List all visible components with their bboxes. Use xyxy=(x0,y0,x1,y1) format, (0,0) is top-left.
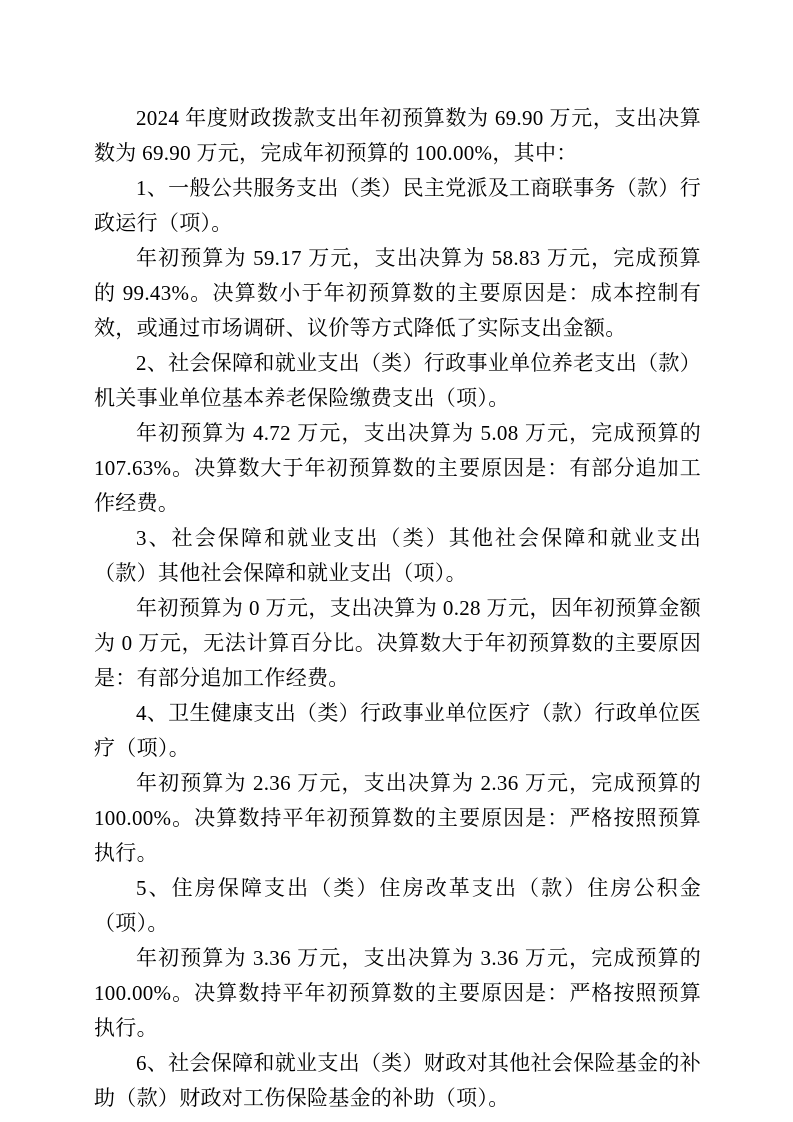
paragraph-item-4-detail: 年初预算为 2.36 万元，支出决算为 2.36 万元，完成预算的 100.00… xyxy=(94,766,701,871)
paragraph-item-2-title: 2、社会保障和就业支出（类）行政事业单位养老支出（款）机关事业单位基本养老保险缴… xyxy=(94,346,701,416)
paragraph-item-6-title: 6、社会保障和就业支出（类）财政对其他社会保险基金的补助（款）财政对工伤保险基金… xyxy=(94,1046,701,1116)
paragraph-item-1-detail: 年初预算为 59.17 万元，支出决算为 58.83 万元，完成预算的 99.4… xyxy=(94,241,701,346)
paragraph-item-5-detail: 年初预算为 3.36 万元，支出决算为 3.36 万元，完成预算的 100.00… xyxy=(94,941,701,1046)
paragraph-item-2-detail: 年初预算为 4.72 万元，支出决算为 5.08 万元，完成预算的 107.63… xyxy=(94,416,701,521)
paragraph-item-3-detail: 年初预算为 0 万元，支出决算为 0.28 万元，因年初预算金额为 0 万元，无… xyxy=(94,591,701,696)
paragraph-item-1-title: 1、一般公共服务支出（类）民主党派及工商联事务（款）行政运行（项）。 xyxy=(94,171,701,241)
paragraph-item-3-title: 3、社会保障和就业支出（类）其他社会保障和就业支出（款）其他社会保障和就业支出（… xyxy=(94,521,701,591)
paragraph-summary: 2024 年度财政拨款支出年初预算数为 69.90 万元，支出决算数为 69.9… xyxy=(94,101,701,171)
document-body: 2024 年度财政拨款支出年初预算数为 69.90 万元，支出决算数为 69.9… xyxy=(94,101,701,1116)
paragraph-item-5-title: 5、住房保障支出（类）住房改革支出（款）住房公积金（项）。 xyxy=(94,871,701,941)
paragraph-item-4-title: 4、卫生健康支出（类）行政事业单位医疗（款）行政单位医疗（项）。 xyxy=(94,696,701,766)
document-page: 2024 年度财政拨款支出年初预算数为 69.90 万元，支出决算数为 69.9… xyxy=(0,0,793,1122)
